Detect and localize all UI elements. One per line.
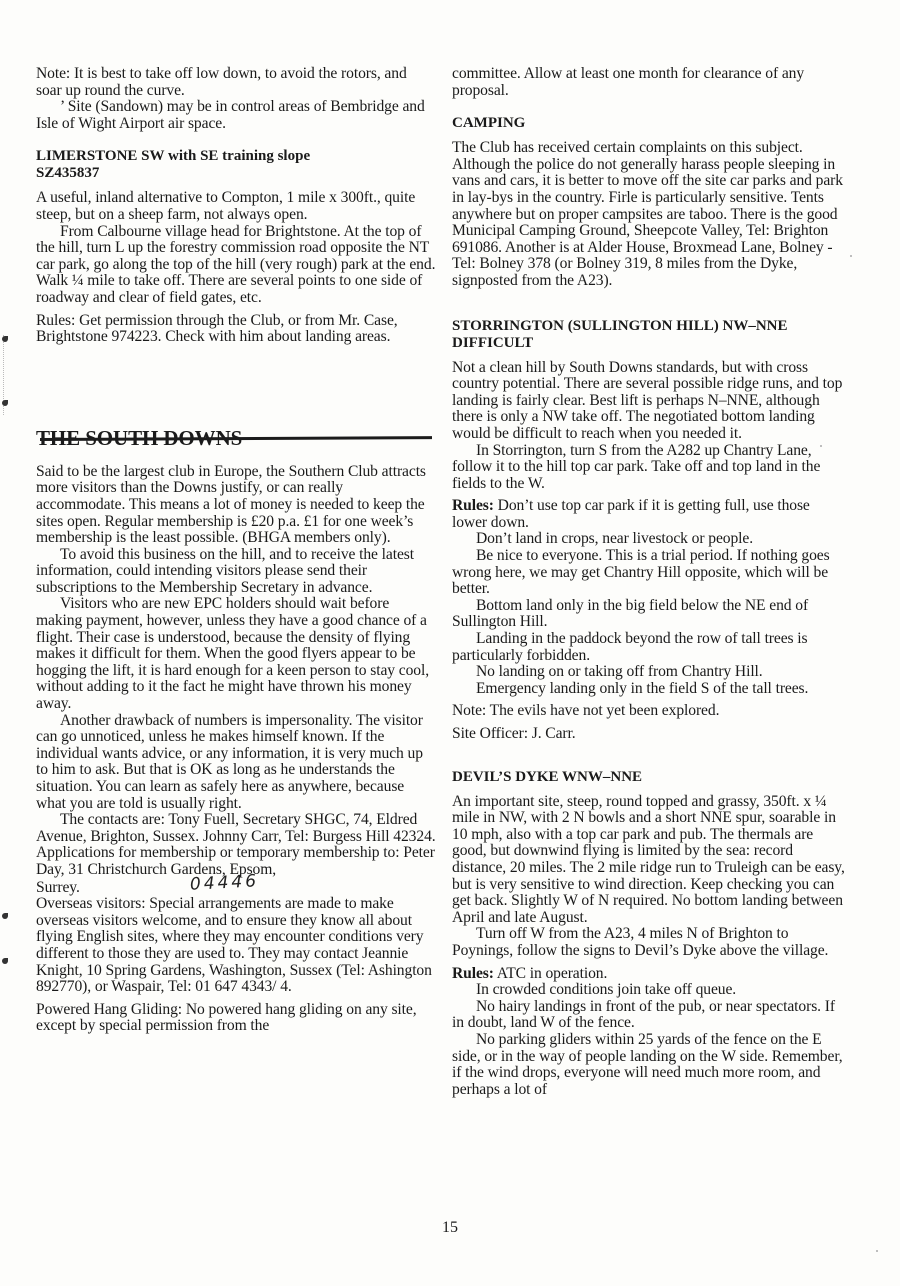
scan-mark xyxy=(2,336,8,342)
storrington-paragraph-2: In Storrington, turn S from the A282 up … xyxy=(452,443,848,493)
note-text: The evils have not yet been explored. xyxy=(486,702,719,719)
storrington-note: Note: The evils have not yet been explor… xyxy=(452,703,848,720)
rules-text: Get permission through the Club, or from… xyxy=(36,312,398,346)
limerstone-heading: LIMERSTONE SW with SE training slope SZ4… xyxy=(36,148,436,182)
south-downs-paragraph-2: To avoid this business on the hill, and … xyxy=(36,547,436,597)
storrington-rule-2: Be nice to everyone. This is a trial per… xyxy=(452,548,848,598)
devils-dyke-heading: DEVIL’S DYKE WNW–NNE xyxy=(452,769,848,786)
scan-speck xyxy=(850,255,852,257)
powered-continued: committee. Allow at least one month for … xyxy=(452,66,848,99)
rules-label: Rules: xyxy=(452,497,494,514)
left-column: Note: It is best to take off low down, t… xyxy=(36,66,436,1035)
rules-label: Rules: xyxy=(452,965,494,982)
limerstone-paragraph-2: From Calbourne village head for Brightst… xyxy=(36,224,436,307)
scan-mark xyxy=(2,958,8,964)
south-downs-paragraph-3: Visitors who are new EPC holders should … xyxy=(36,596,436,712)
storrington-rule-6: Emergency landing only in the field S of… xyxy=(452,681,848,698)
storrington-paragraph-1: Not a clean hill by South Downs standard… xyxy=(452,360,848,443)
scan-speck xyxy=(876,1250,878,1252)
powered-hang-gliding: Powered Hang Gliding: No powered hang gl… xyxy=(36,1002,436,1035)
camping-heading: CAMPING xyxy=(452,115,848,132)
storrington-heading: STORRINGTON (SULLINGTON HILL) NW–NNE DIF… xyxy=(452,318,848,352)
right-column: committee. Allow at least one month for … xyxy=(452,66,848,1098)
storrington-rule-5: No landing on or taking off from Chantry… xyxy=(452,664,848,681)
scan-speck xyxy=(820,445,822,447)
rules-first: ATC in operation. xyxy=(494,965,607,982)
storrington-rule-4: Landing in the paddock beyond the row of… xyxy=(452,631,848,664)
devils-dyke-rule-2: No hairy landings in front of the pub, o… xyxy=(452,999,848,1032)
camping-text: The Club has received certain complaints… xyxy=(452,140,848,289)
surrey-line: Surrey.04446 xyxy=(36,879,436,897)
rules-first: Don’t use top car park if it is getting … xyxy=(452,497,810,531)
overseas-visitors: Overseas visitors: Special arrangements … xyxy=(36,896,436,996)
south-downs-contacts: The contacts are: Tony Fuell, Secretary … xyxy=(36,812,436,878)
limerstone-rules: Rules: Get permission through the Club, … xyxy=(36,313,436,346)
storrington-rules: Rules: Don’t use top car park if it is g… xyxy=(452,498,848,531)
limerstone-grid-ref: SZ435837 xyxy=(36,165,436,182)
surrey-text: Surrey. xyxy=(36,879,80,896)
south-downs-paragraph-1: Said to be the largest club in Europe, t… xyxy=(36,464,436,547)
document-page: Note: It is best to take off low down, t… xyxy=(0,0,900,1286)
storrington-heading-line1: STORRINGTON (SULLINGTON HILL) NW–NNE xyxy=(452,318,848,335)
rules-label: Rules: xyxy=(36,312,75,329)
devils-dyke-rules: Rules: ATC in operation. xyxy=(452,966,848,983)
page-number: 15 xyxy=(0,1219,900,1237)
note-text: It is best to take off low down, to avoi… xyxy=(36,65,407,99)
site-officer: Site Officer: J. Carr. xyxy=(452,726,848,743)
devils-dyke-rule-1: In crowded conditions join take off queu… xyxy=(452,982,848,999)
storrington-difficulty: DIFFICULT xyxy=(452,335,848,352)
note-label: Note: xyxy=(36,65,70,82)
divider-spacer xyxy=(36,346,436,398)
south-downs-paragraph-4: Another drawback of numbers is impersona… xyxy=(36,713,436,813)
devils-dyke-rule-3: No parking gliders within 25 yards of th… xyxy=(452,1032,848,1098)
limerstone-heading-line1: LIMERSTONE SW with SE training slope xyxy=(36,148,436,165)
devils-dyke-paragraph-1: An important site, steep, round topped a… xyxy=(452,794,848,927)
storrington-rule-1: Don’t land in crops, near livestock or p… xyxy=(452,531,848,548)
limerstone-paragraph-1: A useful, inland alternative to Compton,… xyxy=(36,190,436,223)
devils-dyke-paragraph-2: Turn off W from the A23, 4 miles N of Br… xyxy=(452,926,848,959)
sandown-note: ’ Site (Sandown) may be in control areas… xyxy=(36,99,436,132)
intro-note: Note: It is best to take off low down, t… xyxy=(36,66,436,99)
scan-mark xyxy=(2,913,8,919)
scan-mark xyxy=(2,400,8,406)
handwritten-note: 04446 xyxy=(189,873,259,893)
storrington-rule-3: Bottom land only in the big field below … xyxy=(452,598,848,631)
note-label: Note: xyxy=(452,702,486,719)
